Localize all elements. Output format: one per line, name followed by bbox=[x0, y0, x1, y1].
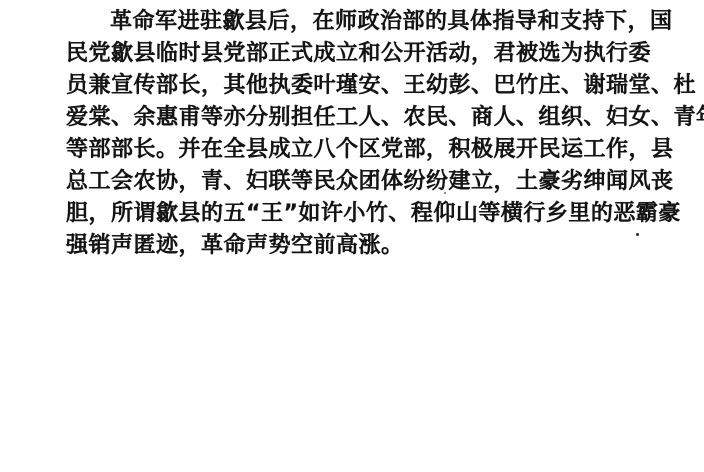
paragraph-block: 革命军进驻歙县后，在师政治部的具体指导和支持下，国民党歙县临时县党部正式成立和公… bbox=[66, 6, 648, 262]
text-line: 等部部长。并在全县成立八个区党部，积极展开民运工作，县 bbox=[66, 134, 648, 166]
text-line: 总工会农协，青、妇联等民众团体纷纷建立，土豪劣绅闻风丧 bbox=[66, 166, 648, 198]
text-line: 革命军进驻歙县后，在师政治部的具体指导和支持下，国 bbox=[66, 6, 648, 38]
scanned-book-page: 革命军进驻歙县后，在师政治部的具体指导和支持下，国民党歙县临时县党部正式成立和公… bbox=[0, 0, 704, 472]
text-line: 爱棠、余惠甫等亦分别担任工人、农民、商人、组织、妇女、青年 bbox=[66, 102, 648, 134]
text-line: 民党歙县临时县党部正式成立和公开活动，君被选为执行委 bbox=[66, 38, 648, 70]
scan-artifact-speck bbox=[636, 233, 639, 236]
text-line: 胆，所谓歙县的五“王”如许小竹、程仰山等横行乡里的恶霸豪 bbox=[66, 198, 648, 230]
text-line: 员兼宣传部长，其他执委叶瑾安、王幼彭、巴竹庄、谢瑞堂、杜 bbox=[66, 70, 648, 102]
scan-artifact-speck bbox=[444, 192, 446, 194]
text-line: 强销声匿迹，革命声势空前高涨。 bbox=[66, 230, 648, 262]
